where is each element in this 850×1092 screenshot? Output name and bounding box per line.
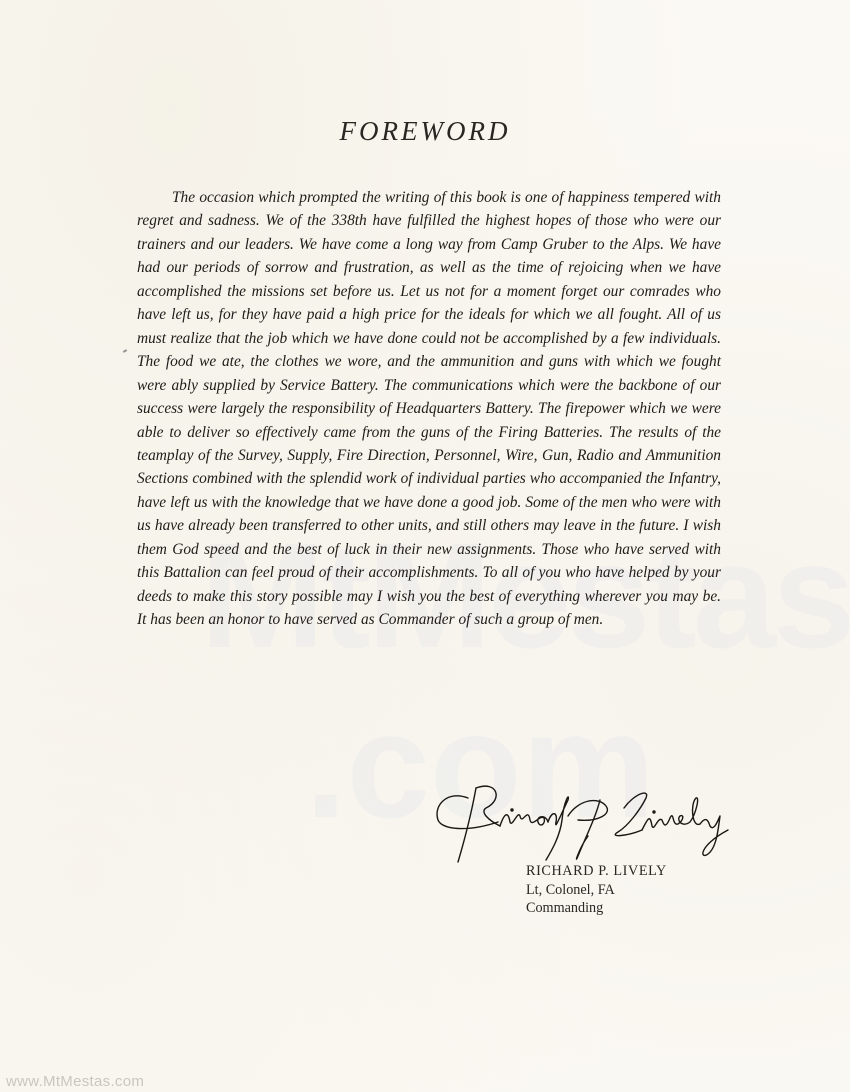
signatory-rank: Lt, Colonel, FA	[526, 881, 667, 900]
foreword-body: The occasion which prompted the writing …	[137, 186, 721, 632]
footer-watermark: www.MtMestas.com	[6, 1073, 144, 1090]
page-title: FOREWORD	[0, 116, 850, 147]
signature-block: RICHARD P. LIVELY Lt, Colonel, FA Comman…	[526, 862, 667, 918]
signatory-role: Commanding	[526, 899, 667, 918]
ink-speck	[123, 349, 127, 353]
signatory-name: RICHARD P. LIVELY	[526, 862, 667, 881]
